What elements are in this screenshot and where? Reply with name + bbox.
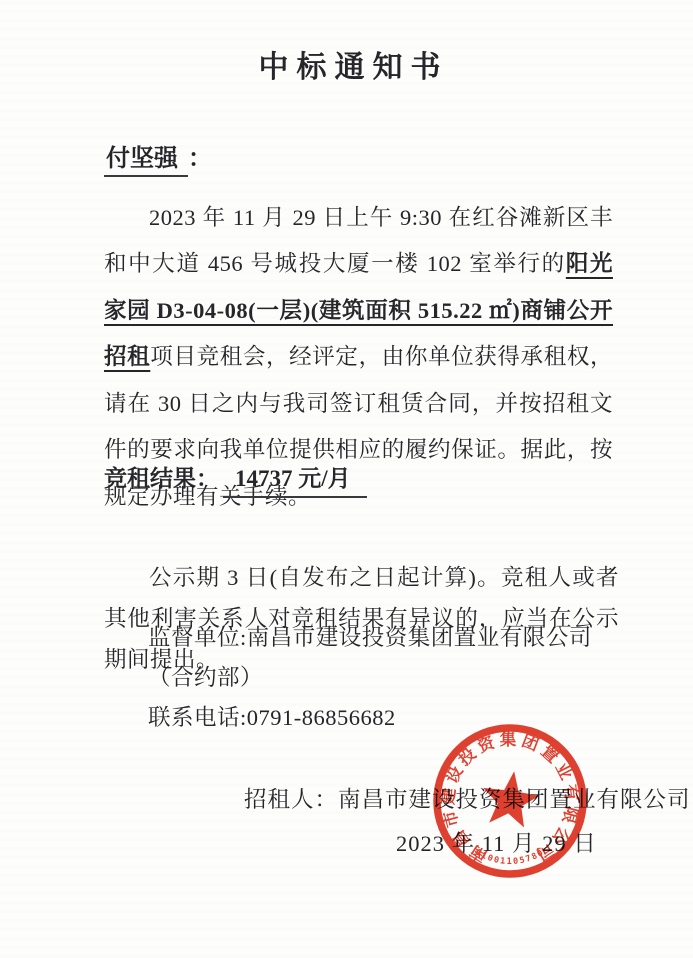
supervisor-line: 监督单位:南昌市建设投资集团置业有限公司（合约部） [148, 618, 628, 698]
bid-result-label: 竞租结果： [104, 466, 219, 491]
company-seal-stamp: 南昌市建设投资集团置业有限公司 01001105780 [425, 716, 595, 886]
body-text-before: 2023 年 11 月 29 日上午 9:30 在红谷滩新区丰和中大道 456 … [104, 205, 613, 277]
page-title: 中标通知书 [0, 42, 693, 86]
seal-star-icon [478, 767, 542, 829]
bid-result-line: 竞租结果：14737 元/月 [104, 460, 367, 498]
bid-result-value: 14737 元/月 [223, 460, 367, 498]
recipient-name: 付坚强 [104, 146, 188, 177]
recipient-colon: ： [188, 146, 212, 172]
scanned-document-page: 中标通知书 付坚强： 2023 年 11 月 29 日上午 9:30 在红谷滩新… [0, 0, 693, 958]
recipient-line: 付坚强： [104, 138, 212, 173]
